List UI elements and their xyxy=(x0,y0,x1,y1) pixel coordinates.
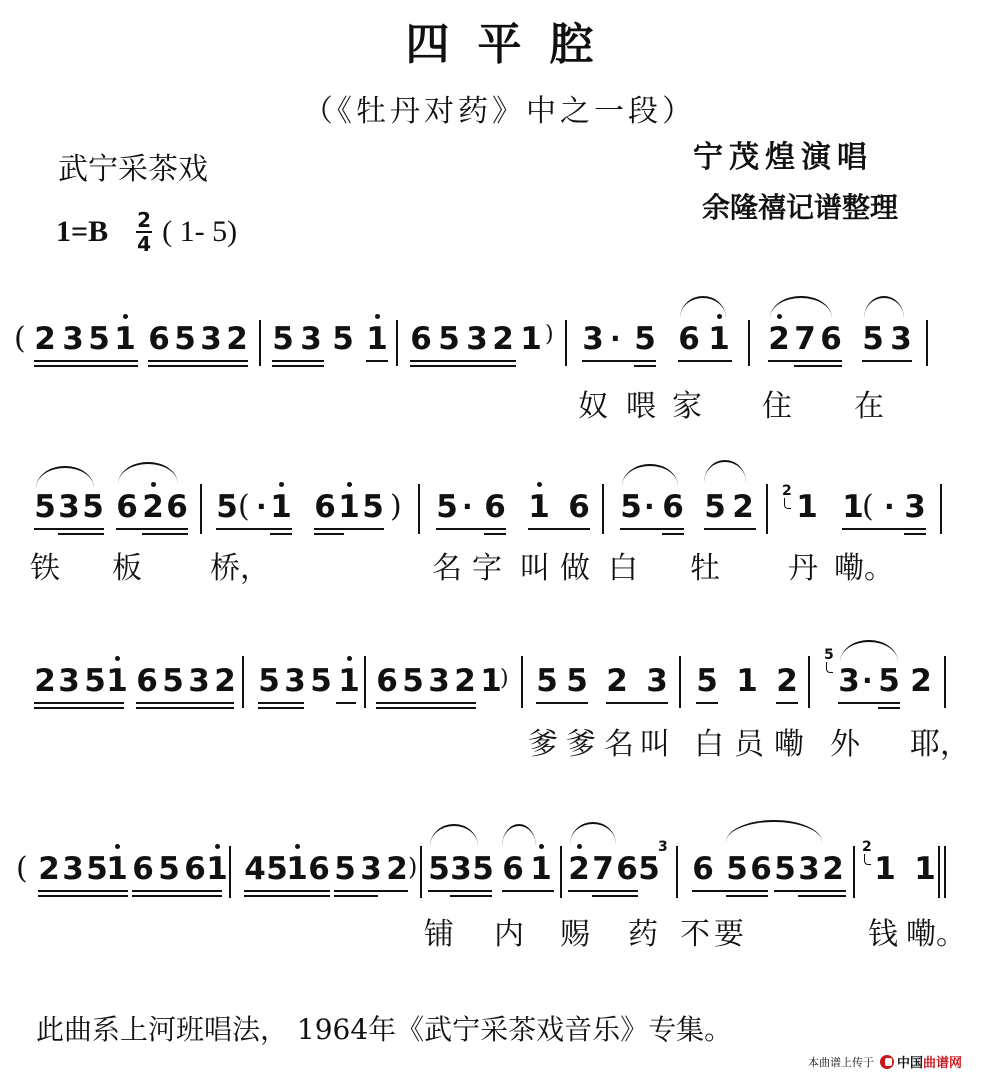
bar-line xyxy=(766,484,768,534)
note: 3 xyxy=(284,664,306,698)
note: 3 xyxy=(360,852,382,886)
note: 1 xyxy=(736,664,758,698)
note: 2 xyxy=(214,664,236,698)
note: 5 xyxy=(362,490,384,524)
note: 6 xyxy=(616,852,638,886)
slur xyxy=(502,824,536,846)
note: 5 xyxy=(84,664,106,698)
note-high: 1 xyxy=(528,490,550,524)
note: 5 xyxy=(258,664,280,698)
staff-system-2: 5 3 5 6 2 6 5 ( · 1 6 1 5 ) 5 · 6 1 6 5 … xyxy=(0,490,999,560)
lyric: 嘞。 xyxy=(834,552,894,586)
note: 1 xyxy=(520,322,542,356)
note: 3 xyxy=(646,664,668,698)
lyric: 药 xyxy=(628,918,658,952)
slur xyxy=(770,296,832,318)
note: 2 xyxy=(38,852,60,886)
note: 3 xyxy=(428,664,450,698)
bar-line xyxy=(679,656,681,708)
note: 3 xyxy=(58,664,80,698)
note: 7 xyxy=(592,852,614,886)
note: 5 xyxy=(774,852,796,886)
time-signature: 2 4 xyxy=(136,210,152,254)
staff-system-3: 2 3 5 1 6 5 3 2 5 3 5 1 6 5 3 2 1 ) 5 5 … xyxy=(0,664,999,734)
lyric: 做 xyxy=(560,552,590,586)
lyric: 铁 xyxy=(30,552,60,586)
lyric: 钱 xyxy=(868,918,898,952)
note: 2 xyxy=(34,322,56,356)
note: 5 xyxy=(216,490,238,524)
note-high: 1 xyxy=(270,490,292,524)
grace-note: 3 xyxy=(658,840,668,854)
bar-line xyxy=(420,846,422,898)
lyric: 嘞。 xyxy=(906,918,966,952)
note: 5 xyxy=(438,322,460,356)
bar-line xyxy=(944,656,946,708)
lyric: 员 xyxy=(734,728,764,762)
note: 5 xyxy=(334,852,356,886)
lyric: 牡 xyxy=(690,552,720,586)
slur xyxy=(36,466,94,488)
note: 5 xyxy=(428,852,450,886)
note: 6 xyxy=(410,322,432,356)
note: 5 xyxy=(566,664,588,698)
final-double-bar xyxy=(938,846,946,898)
lyric: 耶， xyxy=(910,728,970,762)
credit-prefix: 本曲谱上传于 xyxy=(808,1054,874,1070)
lyric: 叫 xyxy=(520,552,550,586)
slur xyxy=(840,640,898,662)
augmentation-dot: · xyxy=(862,664,873,698)
note: 6 xyxy=(750,852,772,886)
slur xyxy=(622,464,678,486)
note: 5 xyxy=(878,664,900,698)
grace-note: 2 xyxy=(782,484,792,498)
note: 6 xyxy=(484,490,506,524)
lyric: 名 xyxy=(604,728,634,762)
note: 5 xyxy=(332,322,354,356)
note: 2 xyxy=(776,664,798,698)
note: 2 xyxy=(226,322,248,356)
augmentation-dot: · xyxy=(644,490,655,524)
augmentation-dot: · xyxy=(610,322,621,356)
note: 5 xyxy=(88,322,110,356)
bar-line xyxy=(926,320,928,366)
note: 5 xyxy=(272,322,294,356)
note: 5 xyxy=(158,852,180,886)
note: 5 xyxy=(704,490,726,524)
lyric: 爹 xyxy=(528,728,558,762)
bar-line xyxy=(748,320,750,366)
lyric: 在 xyxy=(854,390,884,424)
source-note: 此曲系上河班唱法， 1964年《武宁采茶戏音乐》专集。 xyxy=(36,1008,732,1048)
note: 2 xyxy=(606,664,628,698)
note: 5 xyxy=(726,852,748,886)
note: 4 xyxy=(244,852,266,886)
note: 3 xyxy=(838,664,860,698)
site-logo-icon xyxy=(880,1055,894,1069)
note: 3 xyxy=(798,852,820,886)
bar-line xyxy=(242,656,244,708)
augmentation-dot: · xyxy=(884,490,895,524)
site-name-link[interactable]: 中国曲谱网 xyxy=(897,1052,962,1071)
bar-line xyxy=(521,656,523,708)
note-high: 1 xyxy=(708,322,730,356)
note-high: 1 xyxy=(530,852,552,886)
paren-close: ) xyxy=(390,490,402,524)
bar-line xyxy=(565,320,567,366)
note: 3 xyxy=(904,490,926,524)
grace-note: 2 xyxy=(862,840,872,854)
lyric: 桥， xyxy=(210,552,270,586)
note: 6 xyxy=(692,852,714,886)
performer-credit: 宁茂煌演唱 xyxy=(693,132,873,176)
slur xyxy=(570,822,616,844)
lyric: 丹 xyxy=(788,552,818,586)
note-high: 2 xyxy=(142,490,164,524)
slur xyxy=(864,296,904,318)
note: 5 xyxy=(86,852,108,886)
note: 6 xyxy=(376,664,398,698)
note: 3 xyxy=(466,322,488,356)
note: 2 xyxy=(910,664,932,698)
note: 5 xyxy=(696,664,718,698)
note: 6 xyxy=(568,490,590,524)
note-high: 1 xyxy=(286,852,308,886)
lyric: 爹 xyxy=(566,728,596,762)
slur xyxy=(680,296,726,318)
note: 6 xyxy=(820,322,842,356)
repeat-paren-open: ( xyxy=(14,322,26,356)
lyric: 白 xyxy=(608,552,638,586)
repeat-paren-close: ) xyxy=(545,318,554,352)
note: 5 xyxy=(174,322,196,356)
staff-system-1: ( 2 3 5 1 6 5 3 2 5 3 5 1 6 5 3 2 1 ) 3 … xyxy=(0,322,999,392)
note: 6 xyxy=(148,322,170,356)
note: 2 xyxy=(34,664,56,698)
note: 5 xyxy=(638,852,660,886)
note: 6 xyxy=(502,852,524,886)
lyric: 奴 xyxy=(578,390,608,424)
slur xyxy=(118,462,178,484)
note: 3 xyxy=(188,664,210,698)
note: 3 xyxy=(200,322,222,356)
note: 6 xyxy=(116,490,138,524)
note: 2 xyxy=(492,322,514,356)
bar-line xyxy=(259,320,261,366)
note: 5 xyxy=(82,490,104,524)
grace-hook xyxy=(826,662,833,673)
note: 6 xyxy=(314,490,336,524)
bar-line xyxy=(200,484,202,534)
note: 7 xyxy=(794,322,816,356)
note-high: 1 xyxy=(366,322,388,356)
bar-line xyxy=(940,484,942,534)
paren-open: ( xyxy=(238,490,250,524)
note: 2 xyxy=(822,852,844,886)
transcriber-credit: 余隆禧记谱整理 xyxy=(702,186,898,226)
bar-line xyxy=(418,484,420,534)
grace-note: 5 xyxy=(824,648,834,662)
note: 1 xyxy=(842,490,864,524)
note: 2 xyxy=(732,490,754,524)
paren-open: ( xyxy=(862,490,874,524)
lyric: 赐 xyxy=(560,918,590,952)
lyric: 白 xyxy=(694,728,724,762)
augmentation-dot: · xyxy=(256,490,267,524)
note: 3 xyxy=(890,322,912,356)
repeat-paren-close: ) xyxy=(500,662,509,696)
lyric: 名 xyxy=(432,552,462,586)
note-high: 1 xyxy=(106,852,128,886)
lyric: 住 xyxy=(762,390,792,424)
repeat-paren-close: ) xyxy=(408,850,417,884)
note: 3 xyxy=(450,852,472,886)
repeat-paren-open: ( xyxy=(16,852,28,886)
note: 6 xyxy=(308,852,330,886)
lyric: 嘞 xyxy=(774,728,804,762)
slur xyxy=(726,820,822,842)
lyric: 要 xyxy=(714,918,744,952)
bar-line xyxy=(602,484,604,534)
note: 5 xyxy=(634,322,656,356)
grace-hook xyxy=(784,498,791,509)
note: 6 xyxy=(678,322,700,356)
slur xyxy=(430,824,478,846)
note: 5 xyxy=(472,852,494,886)
key-signature-line: 1=B 2 4 ( 1- 5) xyxy=(56,210,237,254)
note: 6 xyxy=(132,852,154,886)
note: 3 xyxy=(300,322,322,356)
note: 1 xyxy=(480,664,502,698)
note: 5 xyxy=(436,490,458,524)
note-high: 1 xyxy=(114,322,136,356)
note: 1 xyxy=(914,852,936,886)
note: 1 xyxy=(874,852,896,886)
note: 6 xyxy=(136,664,158,698)
score-title: 四平腔 xyxy=(0,8,999,72)
lyric: 铺 xyxy=(424,918,454,952)
bar-line xyxy=(560,846,562,898)
note-high: 2 xyxy=(768,322,790,356)
lyric: 外 xyxy=(830,728,860,762)
note: 3 xyxy=(62,322,84,356)
note: 5 xyxy=(310,664,332,698)
genre-label: 武宁采茶戏 xyxy=(58,144,208,188)
lyric: 板 xyxy=(112,552,142,586)
lyric: 内 xyxy=(494,918,524,952)
note: 2 xyxy=(386,852,408,886)
augmentation-dot: · xyxy=(462,490,473,524)
slur xyxy=(704,460,746,482)
note: 6 xyxy=(662,490,684,524)
bar-line xyxy=(229,846,231,898)
lyric: 字 xyxy=(472,552,502,586)
lyric: 家 xyxy=(672,390,702,424)
note: 5 xyxy=(266,852,288,886)
note: 5 xyxy=(402,664,424,698)
lyric: 喂 xyxy=(626,390,656,424)
note: 5 xyxy=(34,490,56,524)
bar-line xyxy=(808,656,810,708)
note: 3 xyxy=(58,490,80,524)
staff-system-4: ( 2 3 5 1 6 5 6 1 4 5 1 6 5 3 2 ) 5 3 5 … xyxy=(0,852,999,922)
note-high: 1 xyxy=(106,664,128,698)
note: 5 xyxy=(536,664,558,698)
note: 3 xyxy=(62,852,84,886)
bar-line xyxy=(396,320,398,366)
lyric: 叫 xyxy=(640,728,670,762)
bar-line xyxy=(364,656,366,708)
note-high: 1 xyxy=(338,490,360,524)
grace-hook xyxy=(864,854,871,865)
score-subtitle: （《牡丹对药》中之一段） xyxy=(0,86,999,130)
intro-motif: ( 1- 5) xyxy=(162,215,237,249)
note: 1 xyxy=(796,490,818,524)
note-high: 1 xyxy=(206,852,228,886)
note: 3 xyxy=(582,322,604,356)
note: 5 xyxy=(862,322,884,356)
key-signature: 1=B xyxy=(56,215,108,249)
note: 5 xyxy=(162,664,184,698)
note: 6 xyxy=(184,852,206,886)
note-high: 1 xyxy=(338,664,360,698)
bar-line xyxy=(676,846,678,898)
note: 2 xyxy=(454,664,476,698)
note: 6 xyxy=(166,490,188,524)
upload-credit: 本曲谱上传于 中国曲谱网 xyxy=(808,1052,962,1071)
note: 5 xyxy=(620,490,642,524)
lyric: 不 xyxy=(680,918,710,952)
note-high: 2 xyxy=(568,852,590,886)
bar-line xyxy=(853,846,855,898)
